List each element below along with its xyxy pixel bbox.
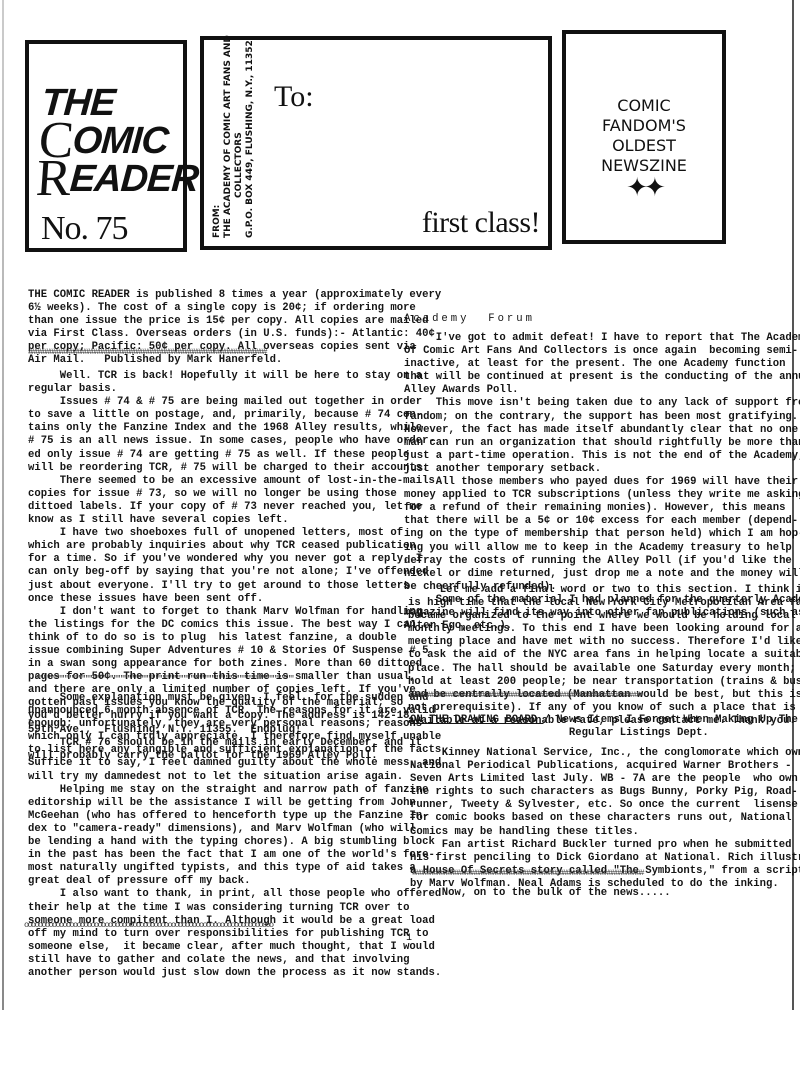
page-edge xyxy=(2,0,4,1010)
masthead-logo-box: THE COMIC READER No. 75 xyxy=(25,40,187,252)
four-point-stars-icon: ✦✦ xyxy=(566,178,722,198)
mailing-label-box: FROM: THE ACADEMY OF COMIC ART FANS AND … xyxy=(200,36,552,250)
separator-hash: ########################################… xyxy=(412,868,742,878)
title-rest: EADER xyxy=(69,158,200,200)
editorial-explanation: Some explanation must be given, I feel, … xyxy=(28,692,448,980)
separator-circles: oooooooooooooooooooooooooooooooooooooooo… xyxy=(24,920,354,930)
tagline-line: COMIC xyxy=(566,96,722,116)
page-number: 1 xyxy=(406,933,412,944)
tagline-box: COMIC FANDOM'S OLDEST NEWSZINE ✦✦ xyxy=(562,30,726,244)
from-line: THE ACADEMY OF COMIC ART FANS AND xyxy=(223,48,234,238)
postage-class: first class! xyxy=(422,206,540,240)
section-heading-academy-forum: Academy Forum xyxy=(404,313,535,326)
tagline-line: FANDOM'S xyxy=(566,116,722,136)
title-line-reader: READER xyxy=(35,160,199,198)
separator-hash: ########################################… xyxy=(410,690,740,700)
tagline-line: OLDEST xyxy=(566,136,722,156)
closing-line: Now, on to the bulk of the news..... xyxy=(410,887,671,900)
separator-quotes: """"""""""""""""""""""""""""""""""""""""… xyxy=(34,674,362,684)
issue-number: No. 75 xyxy=(41,210,128,248)
separator-hash: ########################################… xyxy=(28,347,360,357)
drawing-board-heading: ON THE DRAWING BOARD / News Items I Forg… xyxy=(410,714,798,740)
section-heading-drawing-board: ON THE DRAWING BOARD xyxy=(410,714,544,726)
masthead-title: THE COMIC READER xyxy=(35,84,205,198)
tagline: COMIC FANDOM'S OLDEST NEWSZINE ✦✦ xyxy=(566,96,722,198)
title-cap-r: R xyxy=(34,150,72,207)
return-address: FROM: THE ACADEMY OF COMIC ART FANS AND … xyxy=(212,48,288,238)
academy-forum-final-word: Let me add a final word or two to this s… xyxy=(408,584,800,728)
from-line: G.P.O. BOX 449, FLUSHING, N.Y., 11352 xyxy=(245,48,256,238)
to-label: To: xyxy=(274,80,314,114)
title-rest: OMIC xyxy=(71,120,169,162)
from-line: COLLECTORS xyxy=(234,48,245,238)
from-label: FROM: xyxy=(212,48,223,238)
